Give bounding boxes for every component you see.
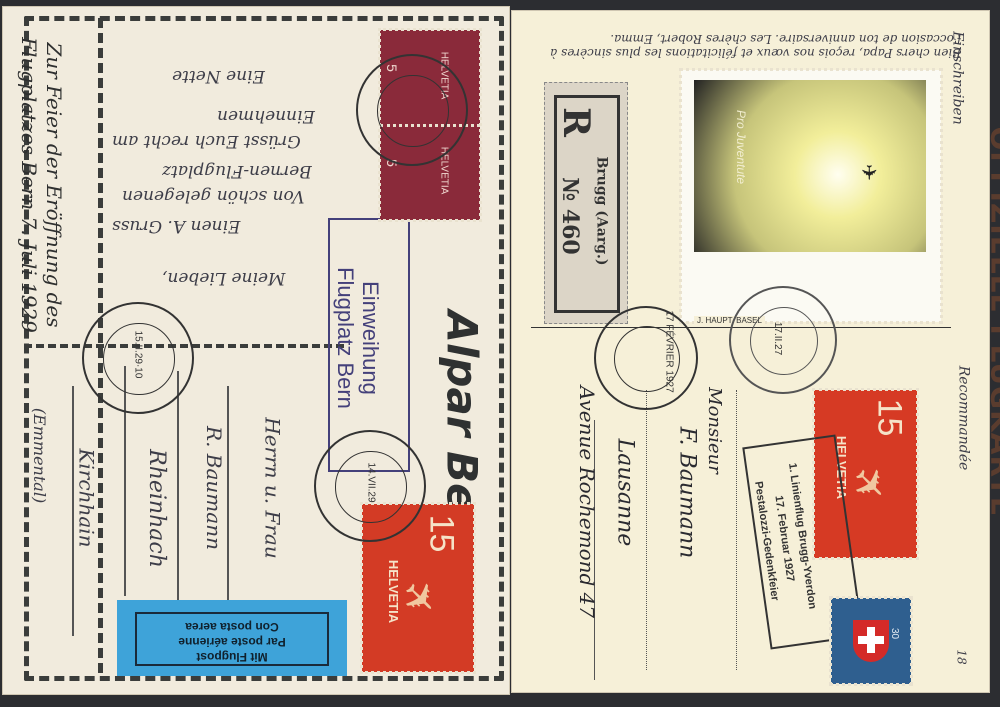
pro-juventute-vignette: Pro Juventute ✈ (681, 70, 941, 322)
address-line: F. Baumann (674, 427, 699, 559)
postmark-bern-top (356, 54, 468, 166)
stamp-value: 15 (421, 515, 460, 553)
greeting-note: Bien chers Papa, reçois nos vœux et féli… (521, 32, 961, 60)
stamp-value: 30 (889, 628, 900, 639)
address-line: Lausanne (612, 439, 637, 547)
airmail-label-line-1: Mit Flugpost (137, 649, 327, 664)
address-line: Avenue Rochemond 47 (575, 386, 599, 618)
airmail-label-line-3: Con posta aerea (137, 619, 327, 634)
postmark-date: 14.VII.29 (366, 462, 377, 502)
postmark-date: 17.II.27 (772, 322, 783, 355)
message-line: Von schön gelegenen (122, 186, 304, 206)
message-line: Grüsst Euch recht am (112, 131, 301, 151)
message-line: Eine Nette (172, 66, 265, 86)
airmail-label: Mit Flugpost Par poste aérienne Con post… (117, 600, 347, 676)
postmark-date: 15.II.29·10 (132, 331, 143, 379)
postmark-date: 17 FÉVRIER 1927 (664, 310, 675, 392)
address-rule (177, 371, 179, 611)
cachet-line-1: Einweihung (357, 238, 383, 438)
registration-label: R Brugg (Aarg.) № 460 (544, 82, 628, 324)
postcard-left: Zur Feier der Eröffnung des Flugplatzes … (2, 6, 510, 695)
card-heading: OFFIZIELLE FLUGKARTE (985, 127, 1000, 507)
address-rule (736, 390, 737, 670)
postmark-yverdon: 17 FÉVRIER 1927 (594, 306, 698, 410)
title-line-1: Zur Feier der Eröffnung des (38, 25, 66, 345)
note-recommandee: Recommandée (955, 366, 971, 471)
registration-office: Brugg (Aarg.) (594, 156, 610, 265)
note-registered: Einschreiben (950, 31, 966, 124)
postcard-right: Bien chers Papa, reçois nos vœux et féli… (511, 10, 990, 693)
postmark-basel: 15.II.29·10 (82, 302, 194, 414)
message-line: Meine Lieben, (162, 268, 285, 288)
address-rule (227, 386, 229, 616)
registration-number: № 460 (557, 177, 583, 255)
vignette-image: Pro Juventute ✈ (694, 80, 926, 252)
airmail-label-line-2: Par poste aérienne (137, 634, 327, 649)
corner-number: 18 (955, 649, 969, 664)
address-line: Rheinhach (144, 449, 169, 568)
airplane-icon: ✈ (856, 164, 881, 181)
message-line: Einen A. Gruss (112, 216, 240, 236)
stamp-country: HELVETIA (386, 560, 401, 623)
postmark-lausanne: 17.II.27 (729, 286, 837, 394)
address-line: R. Baumann (202, 426, 226, 550)
address-line: Kirchhain (75, 448, 99, 547)
cachet-line-2: Flugplatz Bern (332, 238, 358, 438)
stamp-30c-coat-of-arms: 30 (831, 598, 911, 684)
message-line: Einnehmen (217, 106, 315, 126)
postmark-bern-luftpost: 14.VII.29 (314, 430, 426, 542)
address-line: (Emmental) (30, 408, 49, 503)
address-rule (646, 390, 647, 670)
address-line: Herrn u. Frau (261, 417, 285, 558)
swiss-shield-icon (853, 620, 889, 662)
message-line: Bernen-Flugplatz (162, 161, 312, 181)
vignette-caption: Pro Juventute (734, 110, 748, 184)
title-line-2: Flugplatzes Bern 7. Juli 1929 (13, 25, 41, 345)
address-line: Monsieur (704, 387, 725, 474)
registration-letter: R (555, 107, 597, 137)
stamp-value: 15 (869, 399, 908, 437)
